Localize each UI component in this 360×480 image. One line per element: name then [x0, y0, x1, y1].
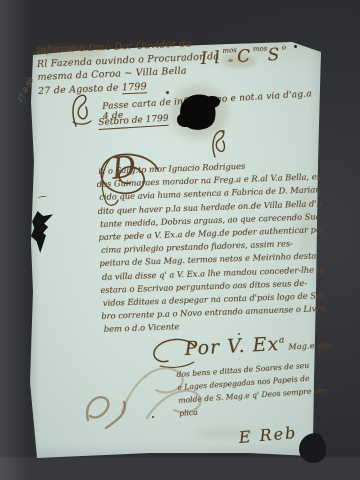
corner-notch	[299, 433, 326, 463]
body-paragraph: iz o Sarg.to mor Ignacio Rodrigues dos G…	[96, 157, 326, 336]
date-underlined: 1799	[122, 81, 147, 94]
salutation: IlmosCmosSo	[200, 44, 287, 69]
paraph-icon	[208, 128, 230, 160]
ink-speck	[152, 416, 154, 418]
closing-opening-continuation: Mag.e que	[285, 340, 333, 351]
paraph-icon	[68, 92, 96, 130]
ink-blot	[177, 113, 193, 127]
salutation-part: Ilmos	[200, 47, 238, 69]
ink-speck	[238, 333, 240, 335]
showthrough-mark-icon	[80, 390, 132, 434]
ink-speck	[228, 59, 233, 62]
ink-speck	[166, 91, 169, 94]
salutation-part: Cmos	[237, 45, 268, 67]
ink-speck	[221, 130, 225, 133]
ink-speck	[294, 45, 297, 48]
salutation-part: So	[267, 45, 287, 66]
photograph-background: Informe o Dmo Dor Ouvidor da Rl Fazenda …	[0, 0, 360, 480]
